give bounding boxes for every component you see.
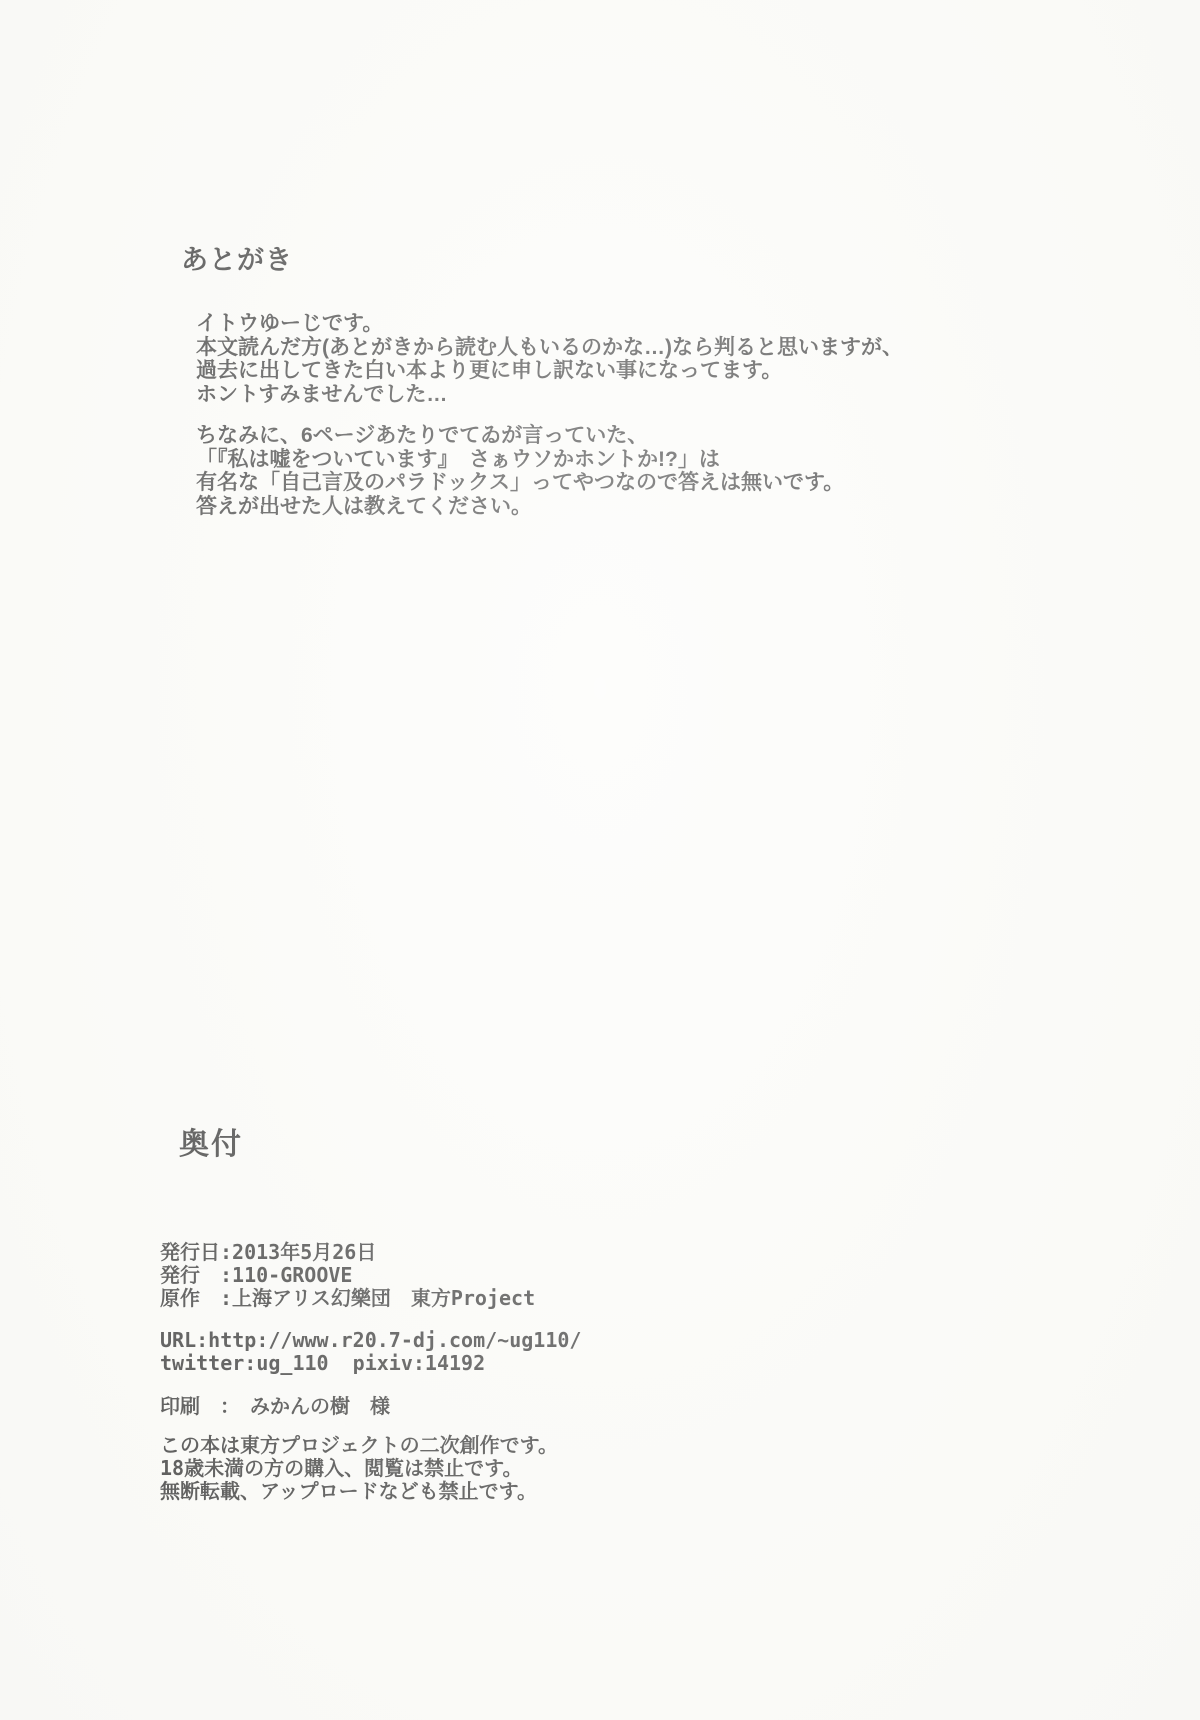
afterword-heading: あとがき [181,238,293,277]
publisher-line: 発行 :110-GROOVE [160,1264,581,1287]
afterword-body: イトウゆーじです。 本文読んだ方(あとがきから読む人もいるのかな…)なら判ると思… [196,312,903,518]
text-line: 有名な「自己言及のパラドックス」ってやつなので答えは無いです。 [196,471,903,495]
publish-date-line: 発行日:2013年5月26日 [160,1241,581,1264]
colophon-body: 発行日:2013年5月26日 発行 :110-GROOVE 原作 :上海アリス幻… [160,1241,581,1503]
notice-line: 18歳未満の方の購入、閲覧は禁止です。 [160,1457,581,1480]
social-accounts-line: twitter:ug_110 pixiv:14192 [160,1352,581,1375]
printer-line: 印刷 ： みかんの樹 様 [160,1395,581,1418]
text-line: 過去に出してきた白い本より更に申し訳ない事になってます。 [196,359,903,383]
colophon-contact-info: URL:http://www.r20.7-dj.com/~ug110/ twit… [160,1329,581,1375]
text-line: ちなみに、6ページあたりでてゐが言っていた、 [196,424,903,448]
text-line: 「『私は嘘をついています』 さぁウソかホントか!?」は [196,448,903,472]
colophon-notice: この本は東方プロジェクトの二次創作です。 18歳未満の方の購入、閲覧は禁止です。… [160,1434,581,1503]
url-line: URL:http://www.r20.7-dj.com/~ug110/ [160,1329,581,1352]
text-line: イトウゆーじです。 [196,312,903,336]
colophon-heading: 奥付 [179,1119,243,1163]
afterword-paragraph-1: イトウゆーじです。 本文読んだ方(あとがきから読む人もいるのかな…)なら判ると思… [196,312,903,406]
colophon-publication-info: 発行日:2013年5月26日 発行 :110-GROOVE 原作 :上海アリス幻… [160,1241,581,1310]
text-line: 答えが出せた人は教えてください。 [196,495,903,519]
text-line: 本文読んだ方(あとがきから読む人もいるのかな…)なら判ると思いますが、 [196,336,903,360]
afterword-paragraph-2: ちなみに、6ページあたりでてゐが言っていた、 「『私は嘘をついています』 さぁウ… [196,424,903,518]
original-work-line: 原作 :上海アリス幻樂団 東方Project [160,1287,581,1310]
notice-line: 無断転載、アップロードなども禁止です。 [160,1480,581,1503]
notice-line: この本は東方プロジェクトの二次創作です。 [160,1434,581,1457]
colophon-printer-info: 印刷 ： みかんの樹 様 [160,1395,581,1418]
text-line: ホントすみませんでした… [196,383,903,407]
scanned-doujin-page: あとがき イトウゆーじです。 本文読んだ方(あとがきから読む人もいるのかな…)な… [0,0,1200,1720]
